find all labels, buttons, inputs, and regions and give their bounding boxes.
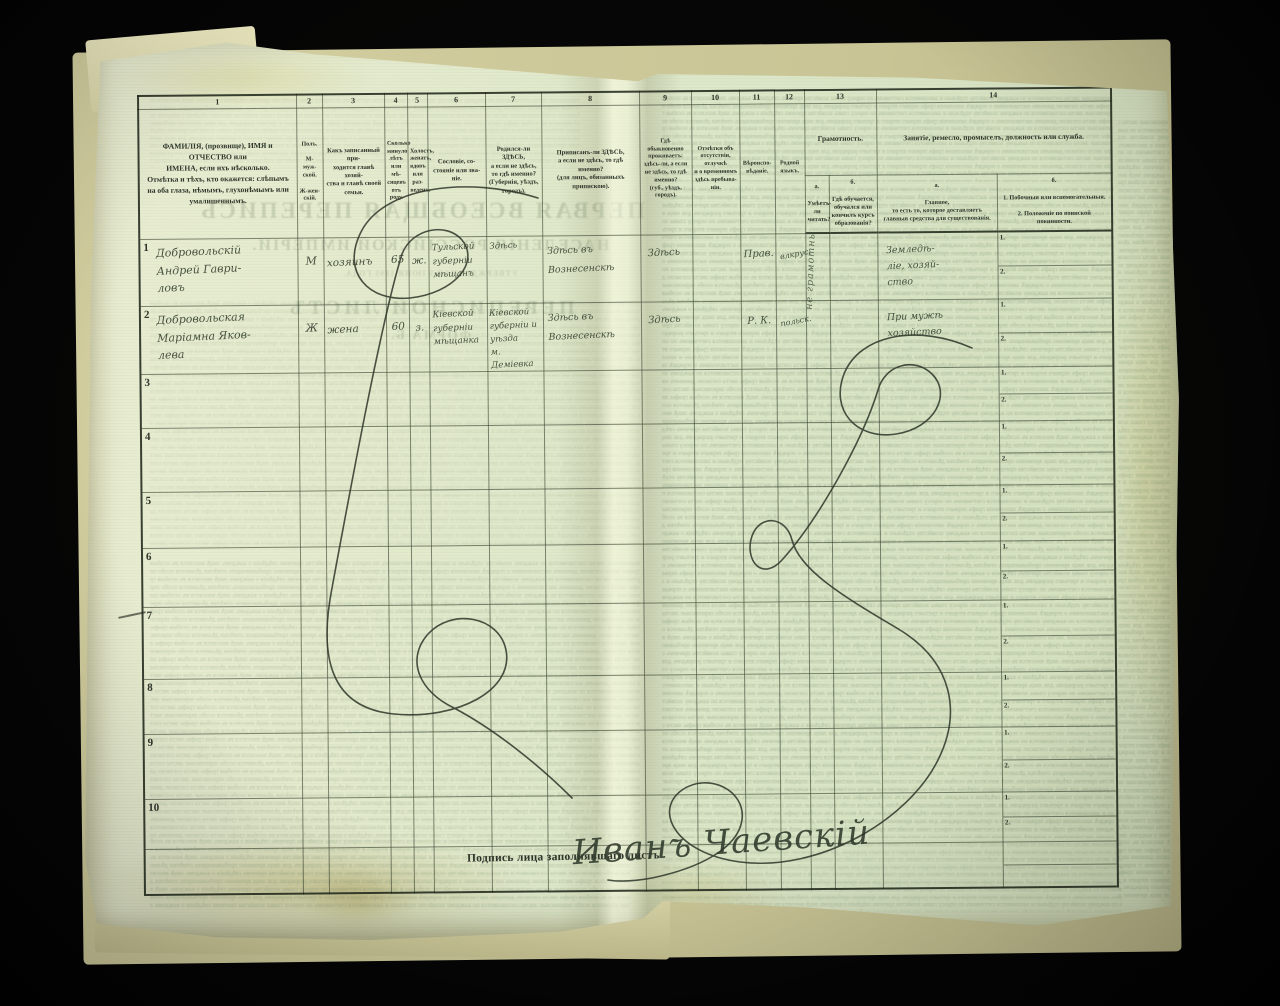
cell-marital [411,605,432,677]
cell-sex [300,547,327,606]
sub-row: 2. [1002,758,1116,791]
col-header-occupation-group: Занятіе, ремесло, промыселъ, должность и… [876,100,1112,174]
row-number: 7 [146,610,152,622]
cell-marital [409,372,429,426]
handwritten-entry: Прав. [740,233,775,259]
handwritten-entry: 60 [386,304,409,333]
cell-language [777,487,807,543]
sub-row-number: 1. [1002,542,1007,550]
sub-row-number: 1. [1005,793,1010,801]
cell-sex: М [297,237,324,304]
sub-row: 1. [1002,726,1116,759]
cell-estate [431,604,490,677]
table-row: 61.2. [142,540,1115,607]
sub-row: 1. [999,366,1113,393]
sub-row-number: 1. [1002,486,1007,494]
sub-row [1003,864,1117,887]
cell-occupation-side: 1.2. [997,230,1113,298]
cell-occupation-side: 1.2. [1002,726,1118,792]
sub-row-number: 2. [1000,267,1005,275]
sub-row: 1. [998,232,1112,266]
cell-absence [692,234,741,301]
sub-row-number: 2. [1002,515,1007,523]
cell-estate: Тульской губерніи мѣщанъ [428,236,487,304]
cell-age [387,426,411,490]
table-row: 41.2. [141,420,1115,492]
handwritten-entry: Кіевской губерніи и уѣзда м. Деміевка [486,302,544,372]
cell-marital [413,797,433,847]
handwritten-entry: з. [409,304,429,334]
handwritten-entry: Здѣсь [641,301,693,326]
col-header-literacy-group: Грамотность. [804,103,877,176]
cell-occupation-side: 1.2. [1000,599,1116,672]
sub-row-number: 2. [1001,396,1006,404]
table-row: 71.2. [142,599,1116,679]
cell-absence [697,729,746,794]
cell-registered [545,603,644,676]
table-row: 91.2. [144,726,1118,799]
cell-occupation [880,600,1001,673]
cell-absence [694,487,742,543]
cell-born [489,604,546,676]
sub-row-number: 1. [1000,300,1005,308]
cell-language [779,674,809,729]
col-header-language: Родной языкъ. [774,103,805,233]
cell-sex [302,733,329,798]
cell-marital [410,426,431,490]
census-table: 1 2 3 4 5 6 7 8 9 10 11 12 13 14 [137,86,1119,896]
cell-sex [299,491,325,547]
cell-occupation-side: 1.2. [1002,791,1117,842]
cell-registered [543,370,641,425]
col-num-5: 5 [407,93,427,106]
cell-age [390,732,414,797]
handwritten-literacy-note: не грамотны [804,190,832,311]
sub-row-number: 2. [1003,572,1008,580]
sub-row: 2. [1000,512,1114,540]
cell-occupation [879,485,999,542]
cell-lit-b [832,601,881,673]
sub-row-number: 2. [1001,335,1006,343]
col-num-3: 3 [322,94,384,108]
row-number: 6 [146,551,152,563]
handwritten-entry: Р. К. [741,300,776,326]
cell-occupation-side: 1.2. [1001,671,1116,727]
cell-absence [693,301,742,370]
cell-born [487,371,543,425]
col-header-occupation-a: а. Главное, то есть то, которое доставля… [877,174,998,233]
cell-faith [745,729,781,794]
cell-language [780,729,811,794]
cell-occupation [882,727,1003,793]
cell-faith [743,602,779,674]
handwritten-entry: Здѣсь [640,234,692,259]
col-num-10: 10 [691,91,739,104]
cell-language: влкрус. [775,233,806,300]
handwritten-entry: М [297,237,323,267]
table-row: 81.2. [143,671,1116,734]
cell-sex [298,373,324,427]
cell-lit-a [807,486,831,542]
cell-lit-b [831,422,880,486]
cell-occupation [880,541,1001,601]
cell-language [778,543,809,602]
cell-absence [695,602,744,674]
cell-sex [302,798,328,848]
col-header-literacy-b: б. Гдѣ обучается, обучался или кончилъ к… [829,175,878,233]
sub-row-number: 1. [1004,673,1009,681]
cell-estate [433,731,492,797]
cell-resides [643,603,696,675]
col-num-4: 4 [384,94,407,107]
cell-name: 10 [144,798,302,849]
cell-faith: Р. К. [741,300,777,369]
cell-relation: хозяинъ [323,237,386,305]
cell-born [488,425,545,489]
sub-row-number: 2. [1005,819,1010,827]
cell-born [491,796,547,846]
row-number: 8 [147,682,153,694]
sub-row-number: 1. [1004,728,1009,736]
row-number: 5 [145,495,151,507]
col-header-marital: Холостъ, женатъ, вдовъ или раз- веденъ. [407,106,428,236]
col-header-birthplace: Родился-ли ЗДѢСЬ, а если не здѣсь, то гд… [485,105,542,235]
handwritten-entry: Здѣсь [486,235,542,253]
cell-faith [742,423,778,487]
cell-registered [546,675,644,731]
sub-row [1003,841,1117,864]
sub-row-number: 1. [1000,233,1005,241]
cell-resides [645,730,698,795]
cell-relation [326,605,389,678]
handwritten-entry: Добровольская Маріамна Яков- лева [140,302,299,365]
cell-age: 65 [385,237,409,304]
col-header-estate: Сословіе, со- стояніе или зва- ніе. [427,106,486,237]
cell-absence [694,423,743,487]
cell-estate [432,676,490,732]
cell-age [390,797,413,847]
handwritten-entry: влкрус. [774,231,807,261]
col-header-sex: Полъ. М-муж- ской. Ж-жен- скій. [296,107,323,237]
handwritten-entry: польск. [774,298,807,328]
sub-row: 2. [1001,569,1115,599]
cell-relation [329,847,391,894]
cell-name: 3 [140,373,298,428]
cell-faith: Прав. [740,233,776,300]
cell-lit-a [807,422,832,486]
cell-estate: Кіевской губерніи мѣщанка [429,303,488,372]
cell-lit-a [808,601,833,673]
cell-relation [328,797,390,848]
col-header-registration: Приписанъ-ли ЗДѢСЬ, а если не здѣсь, то … [541,105,640,236]
cell-absence [696,674,744,729]
cell-occupation: При мужѣ хозяйство [878,298,999,367]
handwritten-entry: Добровольскій Андрей Гаври- ловъ [139,235,298,298]
handwritten-entry: жена [324,303,386,336]
cell-name: 2Добровольская Маріамна Яков- лева [140,305,299,375]
sub-row: 1. [998,298,1112,333]
sub-row-number: 2. [1004,701,1009,709]
col-header-relation: Какъ записанный при- ходится главѣ хозяй… [322,107,385,238]
cell-registered [544,488,642,545]
handwritten-entry: Тульской губерніи мѣщанъ [428,235,487,282]
cell-occupation-side: 1.2. [1000,540,1116,600]
handwritten-entry: Ж [298,304,324,334]
table-row: 31.2. [140,366,1113,428]
sub-row-number: 2. [1004,761,1009,769]
census-sheet-spread: переписные листы составляются по каждому… [84,38,1180,940]
cell-name: 1Добровольскій Андрей Гаври- ловъ [139,238,298,306]
cell-estate [430,489,488,546]
cell-occupation-side: 1.2. [998,366,1113,421]
cell-occupation: Земледѣ- ліе, хозяй- ство [877,231,998,299]
sub-row: 2. [1001,635,1115,671]
cell-marital: ж. [408,236,429,303]
cell-registered [545,544,644,604]
cell-age [391,847,414,893]
cell-born [489,545,546,604]
col-num-2: 2 [296,94,322,107]
cell-name: 8 [143,678,301,734]
cell-occupation [879,421,1000,486]
cell-estate [430,425,489,490]
cell-sex [303,848,329,894]
cell-estate [429,371,487,426]
cell-lit-b [832,542,881,601]
table-row: 2Добровольская Маріамна Яков- леваЖжена6… [140,297,1114,374]
cell-occupation-side [1003,841,1118,888]
sub-row: 2. [998,264,1112,298]
handwritten-entry: Земледѣ- ліе, хозяй- ство [877,230,998,292]
sub-row: 1. [1002,671,1116,699]
cell-age [389,677,412,732]
cell-registered [547,730,646,796]
cell-born [491,731,548,796]
cell-registered [544,424,643,489]
cell-lit-a [809,673,833,728]
cell-marital [412,677,432,732]
cell-marital [414,847,434,893]
cell-relation [328,732,391,798]
cell-registered: Здѣсь въ Вознесенскѣ [543,302,642,371]
cell-estate [433,796,491,847]
col-header-name: ФАМИЛІЯ, (прозвище), ИМЯ и ОТЧЕСТВО или … [138,108,297,239]
cell-born: Здѣсь [486,235,543,302]
handwritten-entry: 65 [385,237,408,266]
sub-row: 2. [1003,816,1117,841]
cell-lit-b [829,233,878,300]
cell-absence [695,543,744,602]
col-header-occupation-b: б. 1. Побочныя или вспомогательныя. 2. П… [997,172,1113,231]
sub-row: 1. [1001,599,1115,635]
cell-occupation-side: 1.2. [999,484,1114,541]
sub-row: 2. [1000,452,1114,484]
cell-name: 6 [142,547,301,607]
cell-lit-b [831,486,879,542]
sub-row: 2. [999,393,1113,420]
cell-language [776,369,806,423]
cell-lit-a [810,728,835,793]
col-num-9: 9 [639,91,691,104]
row-number: 3 [144,377,150,389]
cell-age: 60 [386,304,410,373]
cell-relation [325,490,387,547]
cell-language [778,602,809,674]
cell-born [488,489,544,545]
sub-row-number: 2. [1002,455,1007,463]
cell-faith [744,674,779,729]
cell-age [388,546,412,605]
cell-lit-b [833,673,881,728]
sub-row: 2. [1002,698,1116,726]
col-num-8: 8 [541,92,639,106]
sub-row-number: 1. [1001,422,1006,430]
cell-resides [643,544,696,603]
cell-faith [743,543,779,602]
cell-age [388,605,412,677]
sub-row-number: 1. [1003,601,1008,609]
sub-row-number: 1. [1001,368,1006,376]
cell-language [777,423,808,487]
cell-resides [644,675,696,730]
cell-lit-b [830,368,878,422]
cell-occupation [878,367,998,422]
row-number: 10 [148,802,159,814]
sub-row: 1. [1003,791,1117,816]
cell-age [386,372,409,426]
table-row: 1Добровольскій Андрей Гаври- ловъМхозяин… [139,230,1113,305]
sub-row: 1. [1000,484,1114,512]
col-header-absence: Отмѣтки объ отсутствіи, отлучкѣ и о врем… [691,104,740,234]
cell-sex [301,678,327,733]
sub-row-number: 2. [1003,638,1008,646]
handwritten-entry: Здѣсь въ Вознесенскѣ [543,300,642,346]
table-row: 51.2. [141,484,1114,548]
handwritten-entry: Кіевской губерніи мѣщанка [429,302,488,349]
sub-row: 1. [1000,540,1114,570]
cell-resides [642,488,694,544]
row-number: 9 [148,737,154,749]
handwritten-entry: При мужѣ хозяйство [878,297,999,342]
cell-registered: Здѣсь въ Вознесенскѣ [542,235,641,303]
bleedthrough-text: переписные листы составляются по каждому… [1118,120,1170,900]
cell-name: 9 [144,733,303,799]
cell-sex [299,427,326,491]
col-num-7: 7 [485,92,541,105]
cell-occupation [881,672,1001,728]
col-num-11: 11 [739,90,774,103]
cell-name: 4 [141,427,300,492]
col-num-13: 13 [804,90,876,104]
cell-marital [411,546,432,605]
photo-background: переписные листы составляются по каждому… [0,0,1280,1006]
cell-sex [300,606,327,678]
col-header-residence: Гдѣ обыкновенно проживаетъ: здѣсь-ли, а … [639,104,692,234]
cell-relation [327,677,389,733]
sub-row: 2. [999,332,1113,367]
cell-age [387,490,410,546]
cell-name: 7 [142,606,301,679]
cell-marital [413,732,434,797]
paper-stain [1112,218,1182,738]
cell-resides: Здѣсь [640,234,693,301]
cell-faith [742,487,777,543]
cell-sex: Ж [298,304,325,373]
cell-lit-a [808,542,833,601]
cell-born: Кіевской губерніи и уѣзда м. Деміевка [487,302,544,371]
cell-absence [693,369,741,423]
cell-relation [325,426,388,491]
cell-resides: Здѣсь [641,301,694,370]
handwritten-entry: Здѣсь въ Вознесенскѣ [542,233,641,279]
row-number: 4 [145,431,151,443]
cell-marital [410,490,430,546]
sub-row: 1. [999,420,1113,452]
cell-resides [641,370,693,424]
handwritten-entry: ж. [408,237,428,267]
cell-lit-b [834,728,883,793]
cell-estate [431,545,490,605]
cell-name [145,848,303,895]
cell-marital: з. [409,303,430,372]
cell-relation [324,372,386,427]
cell-relation [326,546,389,606]
cell-faith [741,369,776,423]
col-num-6: 6 [427,93,485,107]
handwritten-entry: хозяинъ [323,236,385,269]
cell-relation: жена [324,304,387,373]
col-num-12: 12 [774,90,804,103]
cell-language: польск. [776,300,807,369]
cell-born [490,676,546,731]
column-header-row: ФАМИЛІЯ, (прозвище), ИМЯ и ОТЧЕСТВО или … [138,100,1112,180]
col-header-age: Сколько минуло лѣтъ или мѣ- сяцевъ отъ р… [384,107,408,237]
cell-occupation-side: 1.2. [999,420,1115,485]
cell-lit-b [830,300,879,369]
cell-resides [642,424,695,488]
col-header-faith: Вѣроиспо- вѣданіе. [739,103,775,233]
cell-occupation-side: 1.2. [998,297,1114,366]
cell-lit-a [806,368,830,422]
cell-name: 5 [141,491,299,548]
